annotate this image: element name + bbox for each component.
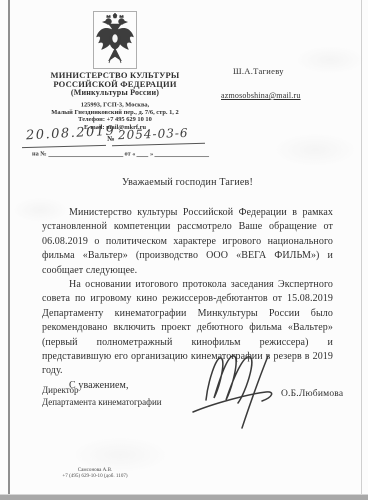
letter-body: Министерство культуры Российской Федерац… (42, 206, 333, 393)
ministry-address-line1: 125993, ГСП-3, Москва, (15, 101, 215, 108)
signatory-name: О.Б.Любимова (281, 389, 343, 399)
number-sign: № (107, 134, 115, 143)
scan-edge-bottom (0, 494, 368, 500)
ministry-phone: Телефон: +7 495 629 10 10 (15, 116, 215, 123)
signatory-title: Директор Департамента кинематографии (42, 385, 162, 408)
executor-block: Самсонова А.В. +7 (495) 629-10-10 (доб. … (30, 466, 160, 486)
reply-reference-line: на № от « » (32, 150, 259, 159)
reply-close: » (150, 150, 153, 157)
outgoing-date-handwritten: 20.08.2019 (26, 124, 116, 144)
ministry-address-line2: Малый Гнездниковский пер., д. 7/6, стр. … (15, 108, 215, 115)
reply-blank-number (48, 150, 123, 157)
scanned-letter: МИНИСТЕРСТВО КУЛЬТУРЫ РОССИЙСКОЙ ФЕДЕРАЦ… (0, 0, 368, 500)
scan-edge-right (361, 0, 362, 500)
recipient-email: azmosobshina@mail.ru (221, 90, 336, 101)
body-paragraph-2: На основании итогового протокола заседан… (42, 278, 333, 379)
scan-edge-left (8, 0, 10, 500)
salutation: Уважаемый господин Тагиев! (42, 177, 333, 188)
signatory-title-line2: Департамента кинематографии (42, 397, 162, 409)
reply-from: от « (125, 150, 136, 157)
recipient-name: Ш.А.Тагиеву (221, 66, 336, 77)
date-underline (22, 145, 106, 148)
reply-prefix: на № (32, 150, 47, 157)
reply-blank-day (137, 150, 149, 157)
body-paragraph-1: Министерство культуры Российской Федерац… (42, 206, 333, 278)
russian-coat-of-arms-icon (93, 11, 137, 69)
number-underline (112, 143, 205, 146)
executor-phone: +7 (495) 629-10-10 (доб. 1107) (29, 472, 161, 478)
handwritten-signature-icon (190, 348, 288, 434)
signatory-title-line1: Директор (42, 385, 162, 397)
ministry-name-short: (Минкультуры России) (15, 89, 215, 98)
outgoing-number-handwritten: 2054-03-6 (118, 126, 189, 142)
recipient-block: Ш.А.Тагиеву azmosobshina@mail.ru (221, 66, 336, 101)
ministry-name: МИНИСТЕРСТВО КУЛЬТУРЫ РОССИЙСКОЙ ФЕДЕРАЦ… (15, 71, 215, 98)
reply-blank-month (155, 150, 210, 157)
